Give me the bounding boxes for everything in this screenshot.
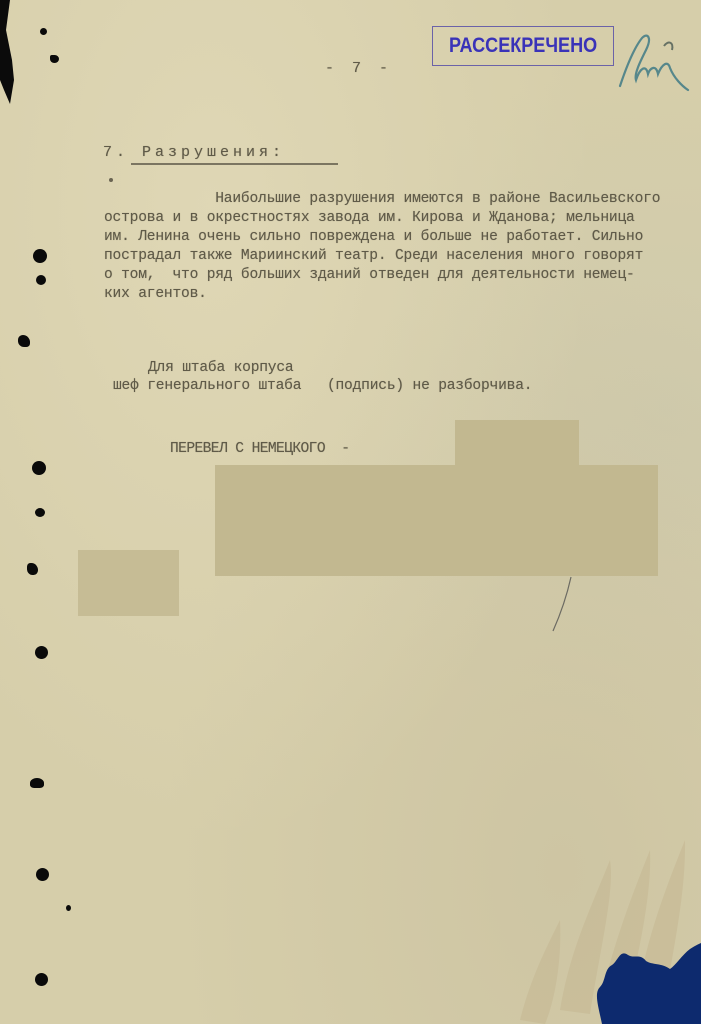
punch-hole bbox=[30, 778, 44, 788]
redacted-block-1 bbox=[455, 420, 579, 466]
punch-hole bbox=[18, 335, 30, 347]
punch-hole bbox=[36, 868, 49, 881]
stray-dot bbox=[109, 178, 113, 182]
pencil-stroke-mark bbox=[545, 575, 575, 635]
punch-hole bbox=[40, 28, 47, 35]
signature-block-line-2: шеф генерального штаба (подпись) не разб… bbox=[113, 378, 532, 394]
punch-hole bbox=[35, 646, 48, 659]
body-line: острова и в окрестностях завода им. Киро… bbox=[104, 210, 635, 226]
section-title: Разрушения: bbox=[142, 144, 285, 161]
redacted-block-3 bbox=[78, 550, 179, 616]
page-number: - 7 - bbox=[325, 60, 388, 77]
translator-note: ПЕРЕВЕЛ С НЕМЕЦКОГО - bbox=[170, 441, 349, 457]
punch-hole bbox=[66, 905, 71, 911]
document-page: - 7 - РАССЕКРЕЧЕНО 7. Разрушения: Наибол… bbox=[0, 0, 701, 1024]
stamp-text: РАССЕКРЕЧЕНО bbox=[449, 34, 597, 58]
punch-hole bbox=[36, 275, 46, 285]
punch-hole bbox=[35, 508, 45, 517]
body-line: Наибольшие разрушения имеются в районе В… bbox=[104, 191, 660, 207]
redacted-block-2 bbox=[215, 465, 658, 576]
body-line: ких агентов. bbox=[104, 286, 207, 302]
ink-blot bbox=[590, 935, 701, 1024]
punch-hole bbox=[50, 55, 59, 63]
handwritten-signature-icon bbox=[612, 28, 692, 98]
declassified-stamp: РАССЕКРЕЧЕНО bbox=[432, 26, 614, 66]
body-line: пострадал также Мариинский театр. Среди … bbox=[104, 248, 643, 264]
torn-edge-mark bbox=[0, 0, 24, 110]
body-line: о том, что ряд больших зданий отведен дл… bbox=[104, 267, 635, 283]
punch-hole bbox=[32, 461, 46, 475]
heading-underline bbox=[131, 163, 338, 165]
signature-block-line-1: Для штаба корпуса bbox=[148, 360, 293, 376]
section-heading: 7. Разрушения: bbox=[103, 144, 285, 161]
punch-hole bbox=[27, 563, 38, 575]
body-line: им. Ленина очень сильно повреждена и бол… bbox=[104, 229, 643, 245]
punch-hole bbox=[33, 249, 47, 263]
punch-hole bbox=[35, 973, 48, 986]
section-number: 7. bbox=[103, 144, 129, 161]
